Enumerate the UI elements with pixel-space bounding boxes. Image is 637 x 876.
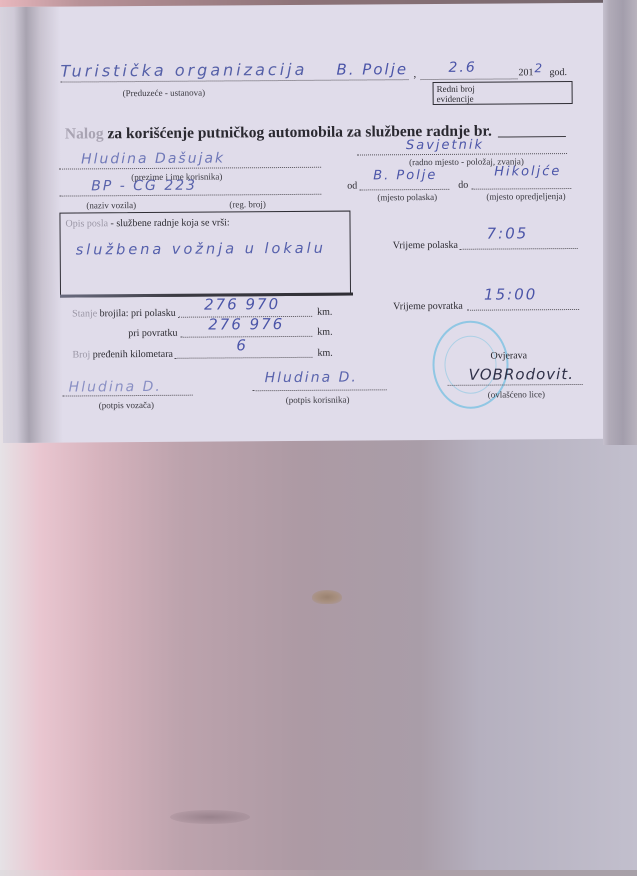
user-signature-caption: (potpis korisnika) (286, 395, 350, 405)
odometer-return-value: 276 976 (208, 315, 284, 334)
position-line (357, 153, 567, 155)
route-to-label: do (458, 180, 468, 191)
vehicle-handwritten: BP - CG 223 (91, 178, 197, 195)
route-to-caption: (mjesto opredjeljenja) (486, 191, 565, 202)
page-fold-shadow (0, 7, 63, 443)
route-to-handwritten: Hikoljće (494, 164, 561, 179)
driver-signature-line (63, 395, 193, 397)
departure-time-handwritten: 7:05 (487, 224, 529, 242)
job-description-label: Opis posla - službene radnje koja se vrš… (65, 217, 229, 229)
place-handwritten: B. Polje (336, 60, 408, 78)
paper-smudge (170, 810, 250, 824)
evidence-box-line2: evidencije (437, 93, 569, 104)
year-suffix: god. (549, 67, 567, 78)
page-right-edge (603, 0, 637, 445)
odometer-departure-value: 276 970 (204, 295, 280, 314)
travel-order-form: Turistička organizacija B. Polje , 2.6 2… (0, 3, 610, 443)
route-from-handwritten: B. Polje (373, 168, 437, 183)
authorized-signature-caption: (ovlašćeno lice) (488, 389, 545, 399)
authorized-signature-line (448, 384, 583, 386)
driver-signature: Hludina D. (69, 379, 162, 396)
vehicle-name-caption: (naziv vozila) (86, 200, 136, 210)
title-faded-prefix: Nalog (65, 125, 104, 142)
reg-number-caption: (reg. broj) (229, 199, 266, 209)
odometer-departure-label: Stanje brojila: pri polasku (72, 308, 176, 320)
distance-unit: km. (317, 348, 332, 359)
route-from-label: od (347, 181, 357, 192)
certify-label: Ovjerava (490, 350, 527, 361)
route-from-caption: (mjesto polaska) (377, 192, 437, 202)
year-handwritten: 2 (534, 61, 542, 75)
return-time-label: Vrijeme povratka (393, 301, 463, 312)
odometer-departure-unit: km. (317, 307, 332, 318)
date-handwritten: 2.6 (448, 60, 476, 76)
distance-label: Broj pređenih kilometara (72, 349, 173, 361)
organization-handwritten: Turistička organizacija (60, 60, 307, 81)
odometer-return-unit: km. (317, 327, 332, 338)
user-signature: Hludina D. (265, 370, 358, 387)
route-from-line (359, 189, 449, 191)
driver-signature-caption: (potpis vozača) (99, 400, 154, 410)
distance-value: 6 (236, 336, 248, 354)
distance-line (174, 357, 312, 359)
job-faded-prefix: Opis posla (65, 218, 108, 229)
order-number-line (498, 136, 566, 137)
paper-stain (312, 590, 342, 604)
job-description-handwritten: službena vožnja u lokalu (76, 241, 326, 259)
user-name-handwritten: Hludina Dašujak (81, 150, 225, 167)
evidence-number-box: Redni broj evidencije (433, 81, 573, 105)
position-handwritten: Savjetnik (406, 138, 484, 154)
authorized-signature: VOBRodovit. (469, 365, 574, 384)
organization-caption: (Preduzeće - ustanova) (123, 88, 206, 99)
departure-time-label: Vrijeme polaska (393, 240, 458, 251)
user-signature-line (253, 389, 387, 391)
departure-time-line (460, 248, 578, 250)
return-time-handwritten: 15:00 (484, 285, 537, 303)
return-time-line (467, 309, 579, 311)
odometer-return-label: pri povratku (128, 328, 177, 339)
date-line (421, 78, 518, 80)
route-to-line (471, 188, 571, 190)
scanner-bottom-edge (0, 870, 637, 876)
year-printed: 201 (518, 67, 533, 78)
